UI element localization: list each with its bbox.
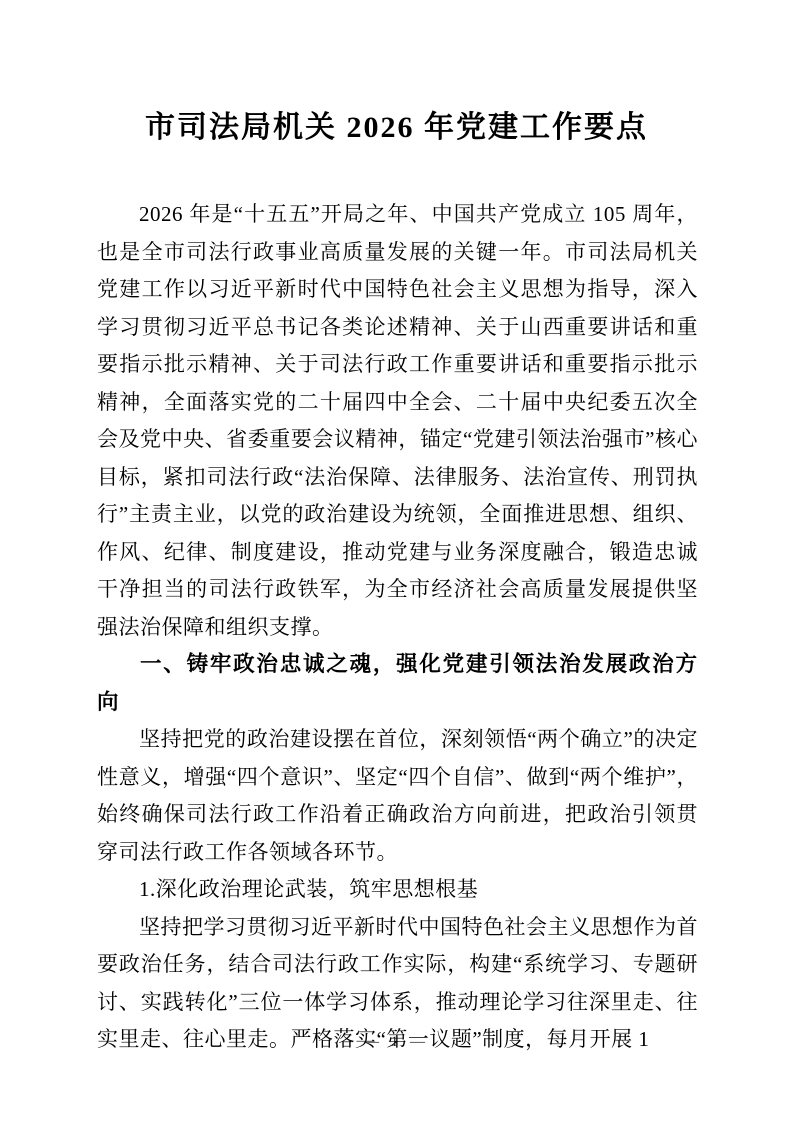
document-title: 市司法局机关 2026 年党建工作要点 (0, 104, 793, 152)
paragraph-intro: 2026 年是“十五五”开局之年、中国共产党成立 105 周年，也是全市司法行政… (97, 196, 698, 646)
paragraph-section-1: 坚持把党的政治建设摆在首位，深刻领悟“两个确立”的决定性意义，增强“四个意识”、… (97, 721, 698, 871)
page-number: — 1 — (0, 1034, 793, 1051)
document-page: 市司法局机关 2026 年党建工作要点 2026 年是“十五五”开局之年、中国共… (0, 0, 793, 1122)
subheading-1-1: 1.深化政治理论武装，筑牢思想根基 (97, 871, 698, 909)
section-heading-1: 一、铸牢政治忠诚之魂，强化党建引领法治发展政治方向 (97, 646, 698, 721)
document-body: 2026 年是“十五五”开局之年、中国共产党成立 105 周年，也是全市司法行政… (97, 196, 698, 1059)
